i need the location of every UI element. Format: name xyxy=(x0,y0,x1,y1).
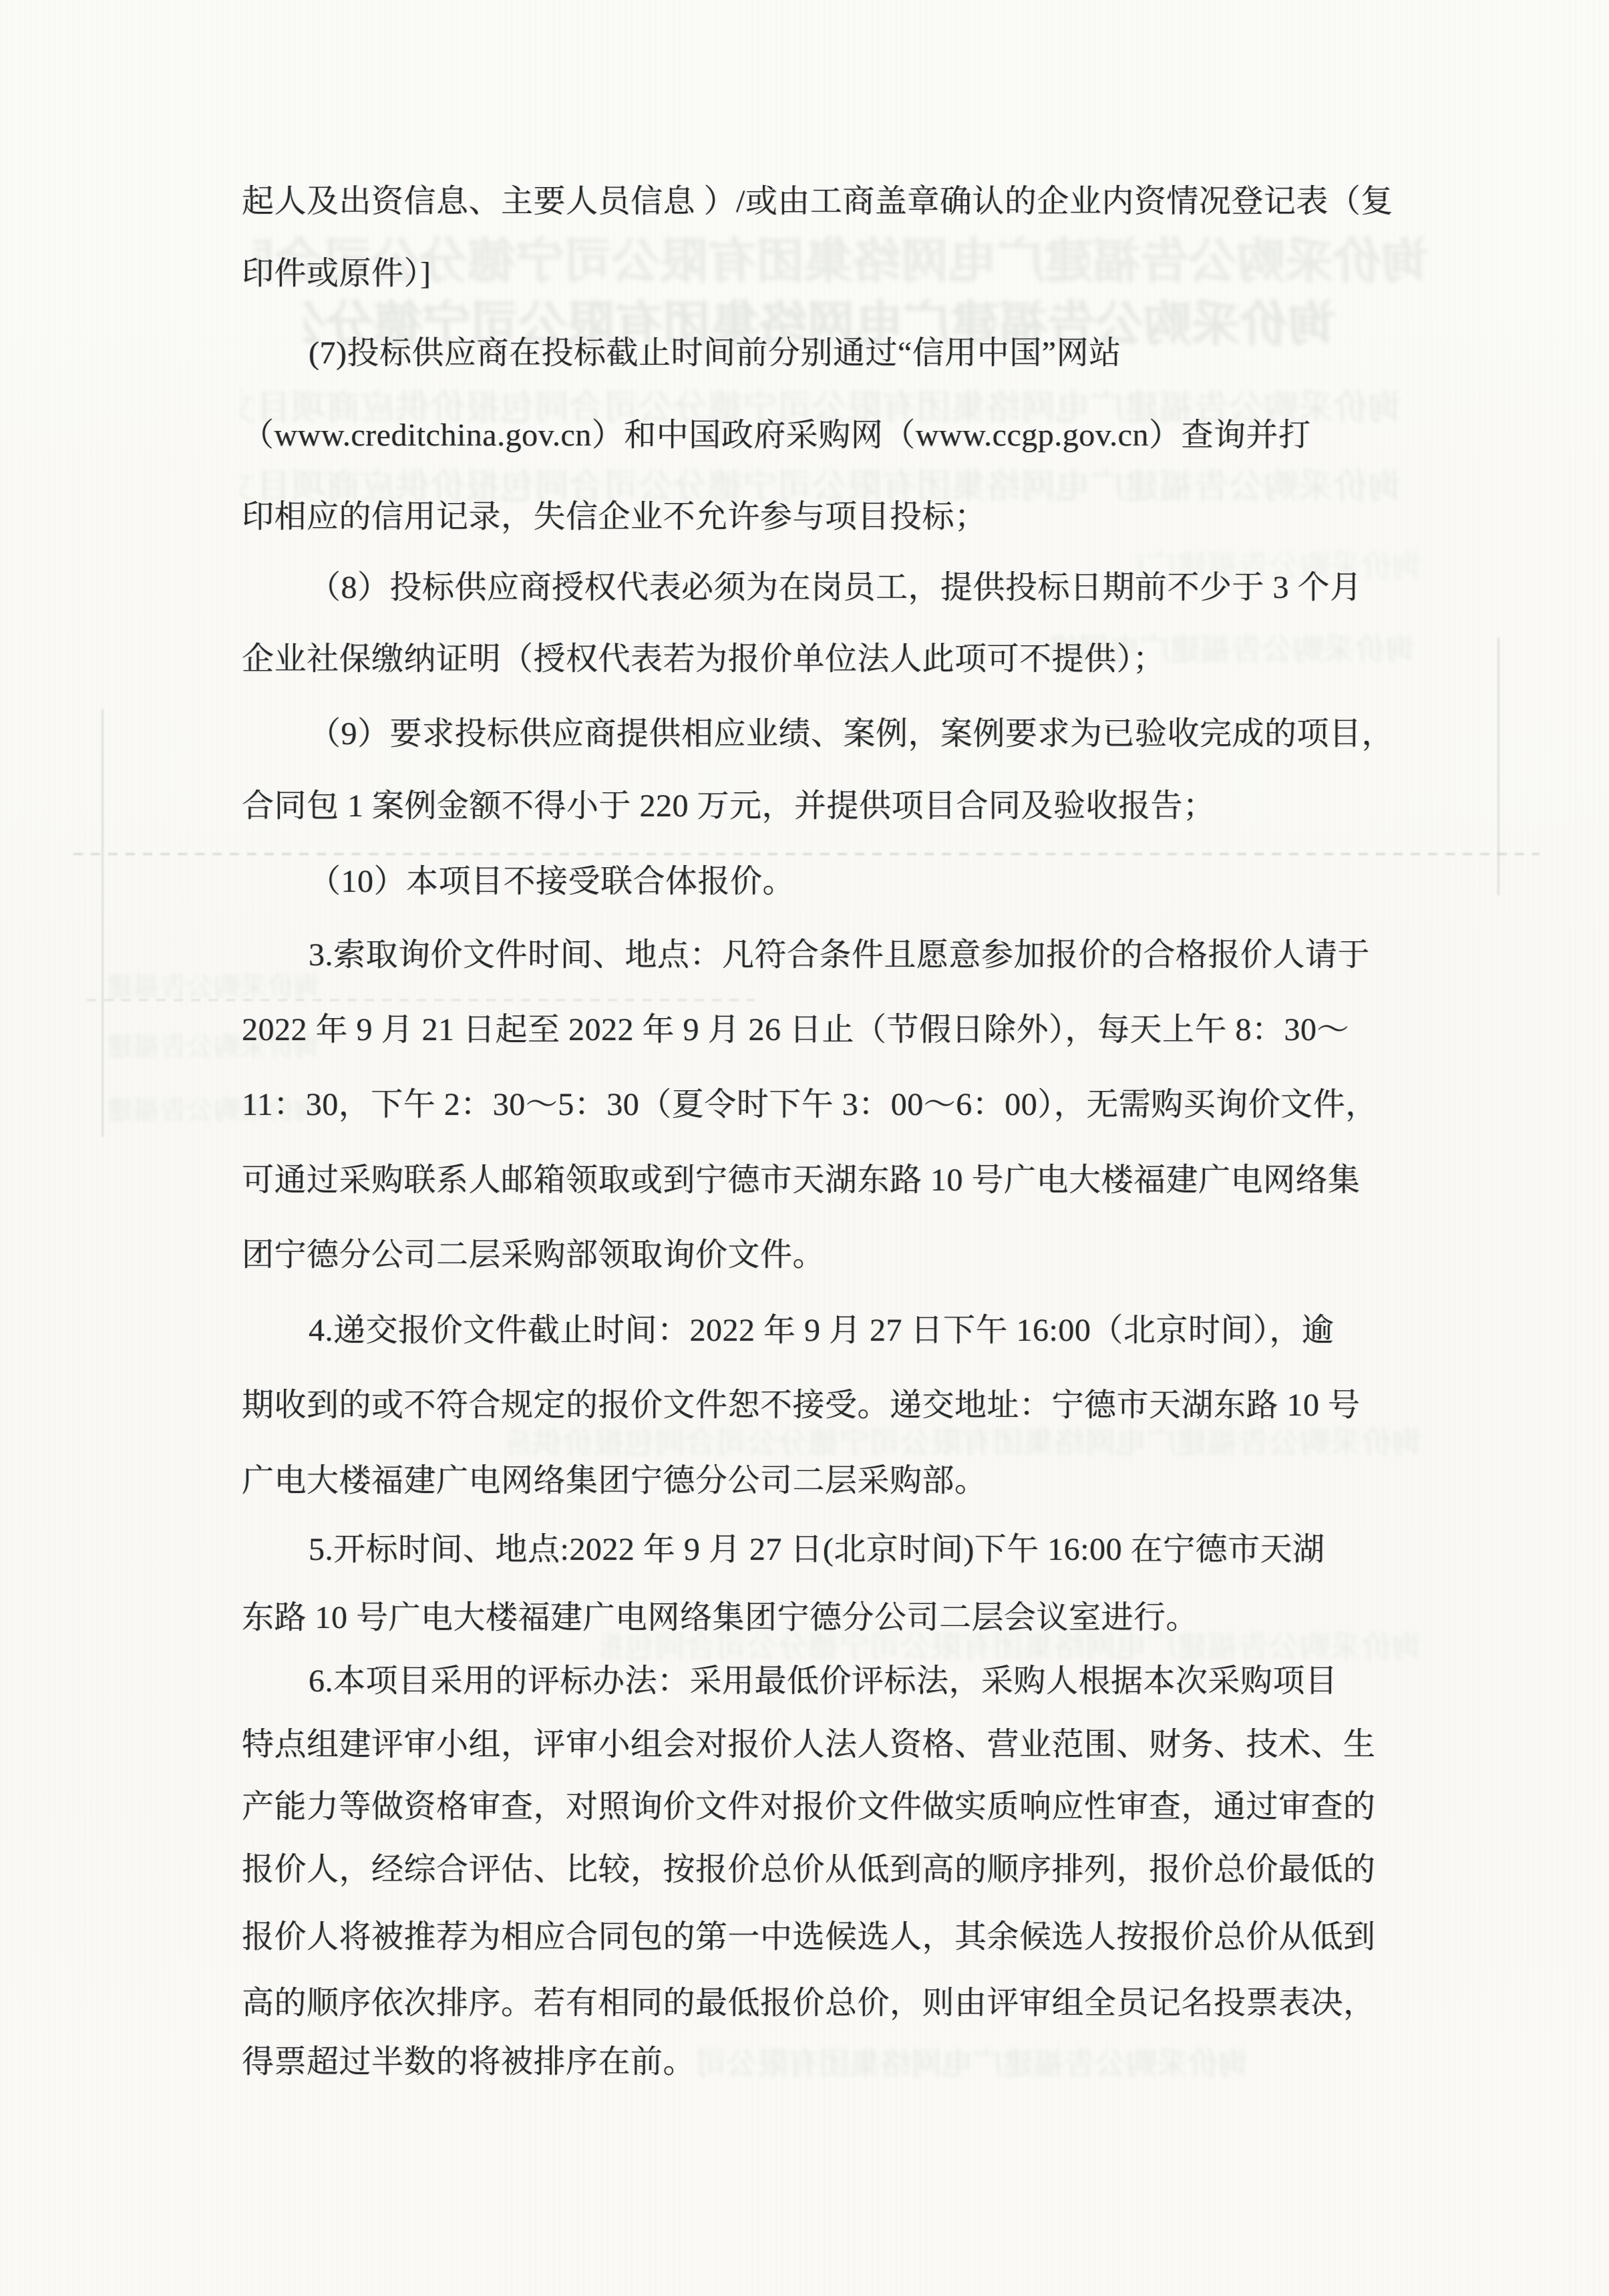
text-line: 4.递交报价文件截止时间：2022 年 9 月 27 日下午 16:00（北京时… xyxy=(309,1304,1334,1350)
text-line: 印件或原件）] xyxy=(242,247,431,293)
text-line: 产能力等做资格审查，对照询价文件对报价文件做实质响应性审查，通过审查的 xyxy=(242,1780,1376,1826)
text-line: 合同包 1 案例金额不得小于 220 万元，并提供项目合同及验收报告； xyxy=(242,780,1216,826)
text-line: 印相应的信用记录，失信企业不允许参与项目投标； xyxy=(242,490,987,536)
text-line: 起人及出资信息、主要人员信息 ）/或由工商盖章确认的企业内资情况登记表（复 xyxy=(242,175,1393,221)
text-line: 企业社保缴纳证明（授权代表若为报价单位法人此项可不提供）； xyxy=(242,633,1166,679)
text-line: 特点组建评审小组，评审小组会对报价人法人资格、营业范围、财务、技术、生 xyxy=(242,1718,1376,1764)
document-text-layer: 起人及出资信息、主要人员信息 ）/或由工商盖章确认的企业内资情况登记表（复印件或… xyxy=(0,0,1609,2296)
text-line: 东路 10 号广电大楼福建广电网络集团宁德分公司二层会议室进行。 xyxy=(242,1591,1198,1637)
text-line: （www.creditchina.gov.cn）和中国政府采购网（www.ccg… xyxy=(242,409,1310,455)
text-line: 11：30，下午 2：30～5：30（夏令时下午 3：00～6：00），无需购买… xyxy=(242,1078,1378,1124)
text-line: 期收到的或不符合规定的报价文件恕不接受。递交地址：宁德市天湖东路 10 号 xyxy=(242,1379,1361,1425)
text-line: （9）要求投标供应商提供相应业绩、案例，案例要求为已验收完成的项目， xyxy=(309,707,1394,754)
text-line: 团宁德分公司二层采购部领取询价文件。 xyxy=(242,1228,825,1275)
text-line: 高的顺序依次排序。若有相同的最低报价总价，则由评审组全员记名投票表决， xyxy=(242,1977,1376,2023)
text-line: 得票超过半数的将被排序在前。 xyxy=(242,2035,695,2082)
scanned-page: 询价采购公告福建广电网络集团有限公司宁德分公司合同包报价供应商项目文件评审小组递… xyxy=(0,0,1609,2296)
text-line: 报价人将被推荐为相应合同包的第一中选候选人，其余候选人按报价总价从低到 xyxy=(242,1911,1376,1957)
text-line: （8）投标供应商授权代表必须为在岗员工，提供投标日期前不少于 3 个月 xyxy=(309,561,1363,607)
text-line: 6.本项目采用的评标办法：采用最低价评标法，采购人根据本次采购项目 xyxy=(309,1655,1338,1701)
text-line: 2022 年 9 月 21 日起至 2022 年 9 月 26 日止（节假日除外… xyxy=(242,1003,1349,1049)
text-line: 可通过采购联系人邮箱领取或到宁德市天湖东路 10 号广电大楼福建广电网络集 xyxy=(242,1154,1361,1200)
text-line: 广电大楼福建广电网络集团宁德分公司二层采购部。 xyxy=(242,1454,987,1500)
text-line: 5.开标时间、地点:2022 年 9 月 27 日(北京时间)下午 16:00 … xyxy=(309,1523,1325,1569)
text-line: （10）本项目不接受联合体报价。 xyxy=(309,855,795,901)
text-line: 报价人，经综合评估、比较，按报价总价从低到高的顺序排列，报价总价最低的 xyxy=(242,1843,1376,1889)
text-line: (7)投标供应商在投标截止时间前分别通过“信用中国”网站 xyxy=(309,327,1121,373)
text-line: 3.索取询价文件时间、地点：凡符合条件且愿意参加报价的合格报价人请于 xyxy=(309,929,1370,975)
